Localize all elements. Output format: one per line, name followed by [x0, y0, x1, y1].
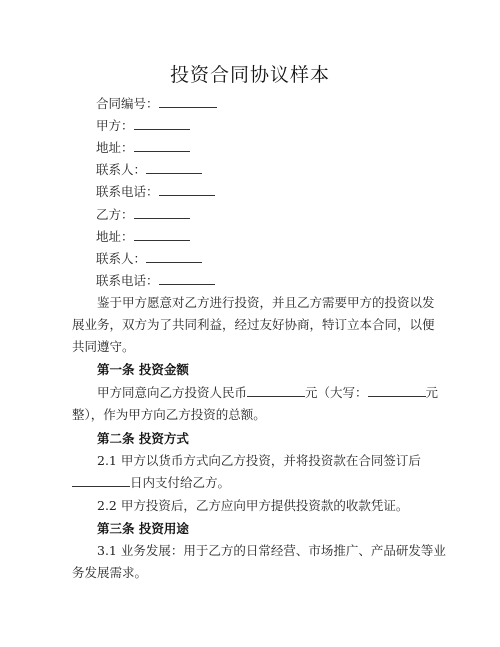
days-blank [72, 474, 130, 487]
blank-line [159, 95, 217, 108]
field-party-b-address: 地址： [96, 228, 190, 245]
article-2-heading: 第二条 投资方式 [97, 429, 189, 447]
field-label: 乙方： [96, 207, 134, 222]
field-party-b-contact: 联系人： [96, 250, 202, 267]
blank-line [159, 183, 215, 196]
field-party-b-phone: 联系电话： [96, 272, 215, 289]
field-party-a-phone: 联系电话： [96, 183, 215, 200]
clause-2-1-line-2: 日内支付给乙方。 [72, 473, 230, 491]
article-1-line-1: 甲方同意向乙方投资人民币元（大写：元 [97, 383, 438, 401]
field-label: 地址： [96, 140, 134, 155]
field-party-a-contact: 联系人： [96, 161, 202, 178]
blank-line [134, 206, 190, 219]
document-page: 投资合同协议样本 合同编号： 甲方： 地址： 联系人： 联系电话： 乙方： 地址… [0, 0, 500, 647]
preamble-paragraph: 鉴于甲方愿意对乙方进行投资，并且乙方需要甲方的投资以发展业务，双方为了共同利益，… [72, 292, 442, 358]
amount-capital-blank [368, 384, 426, 397]
document-title: 投资合同协议样本 [0, 60, 500, 87]
blank-line [134, 117, 190, 130]
blank-line [146, 161, 202, 174]
blank-line [134, 228, 190, 241]
article-1-line-2: 整），作为甲方向乙方投资的总额。 [72, 405, 266, 423]
amount-text: 甲方同意向乙方投资人民币 [97, 385, 247, 400]
field-party-a-address: 地址： [96, 139, 190, 156]
field-label: 联系电话： [96, 184, 159, 199]
field-party-a: 甲方： [96, 117, 190, 134]
field-contract-number: 合同编号： [96, 95, 217, 112]
clause-3-1-line-1: 3.1 业务发展：用于乙方的日常经营、市场推广、产品研发等业 [97, 541, 446, 559]
clause-2-1-line-1: 2.1 甲方以货币方式向乙方投资，并将投资款在合同签订后 [97, 451, 421, 469]
article-3-heading: 第三条 投资用途 [97, 519, 189, 537]
days-text: 日内支付给乙方。 [130, 475, 230, 490]
article-1-heading: 第一条 投资金额 [97, 360, 189, 378]
blank-line [146, 250, 202, 263]
field-label: 地址： [96, 229, 134, 244]
yuan-text: 元 [426, 385, 439, 400]
field-label: 联系人： [96, 162, 146, 177]
field-label: 联系人： [96, 251, 146, 266]
amount-capital-text: 元（大写： [305, 385, 368, 400]
clause-3-1-line-2: 务发展需求。 [72, 563, 147, 581]
field-label: 合同编号： [96, 96, 159, 111]
amount-blank [247, 384, 305, 397]
field-label: 联系电话： [96, 273, 159, 288]
blank-line [159, 272, 215, 285]
blank-line [134, 139, 190, 152]
clause-2-2: 2.2 甲方投资后，乙方应向甲方提供投资款的收款凭证。 [97, 496, 408, 514]
field-party-b: 乙方： [96, 206, 190, 223]
field-label: 甲方： [96, 118, 134, 133]
